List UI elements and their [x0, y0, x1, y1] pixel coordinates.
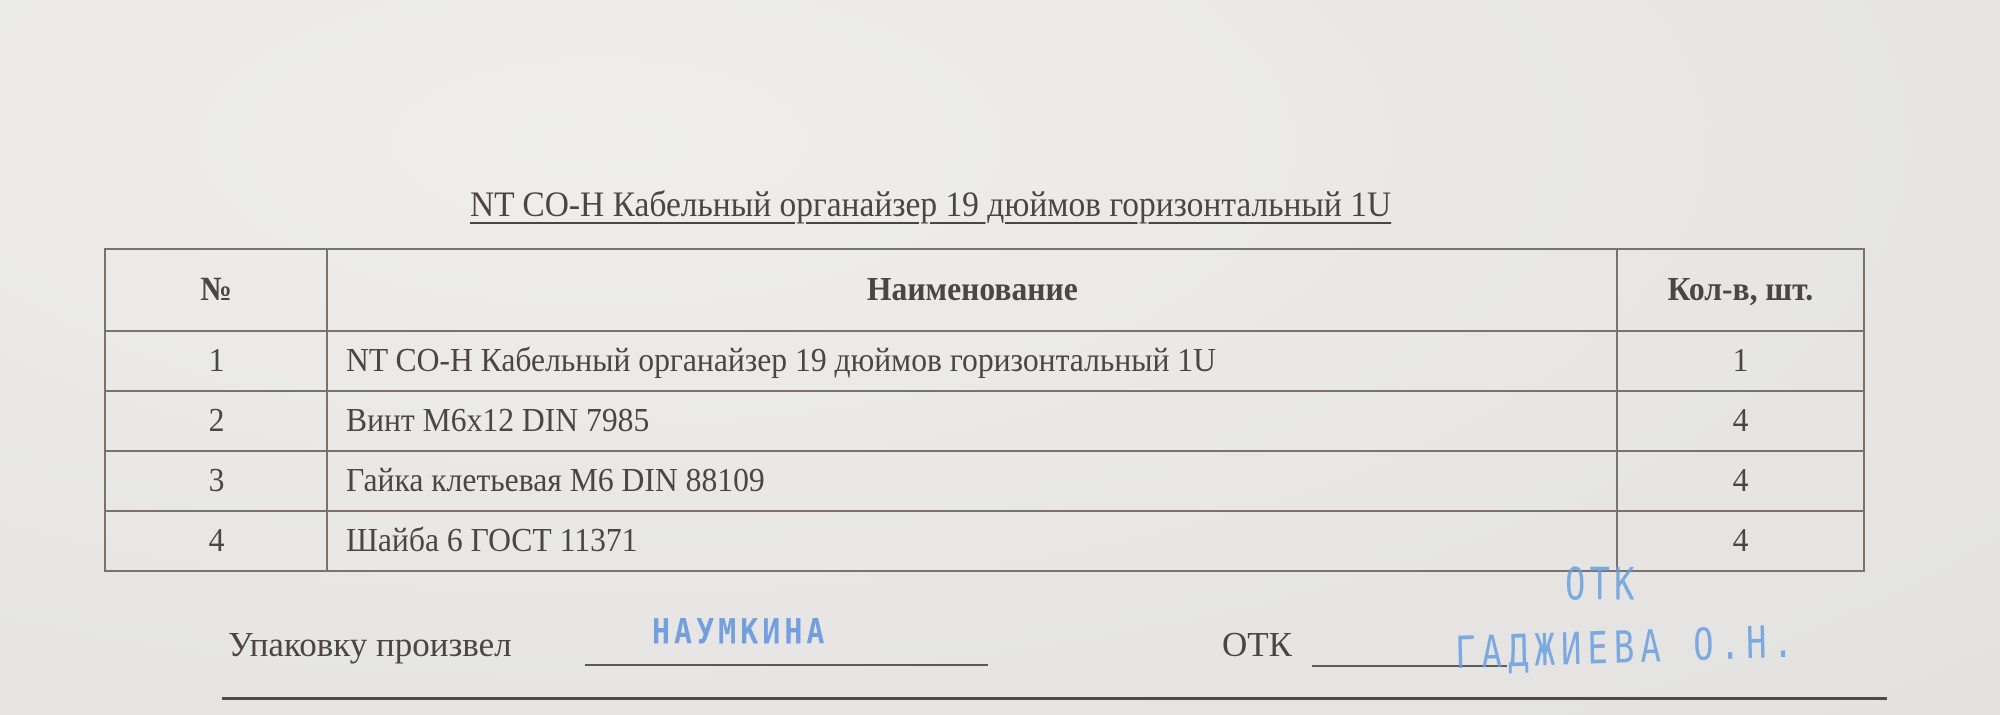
packer-stamp: НАУМКИНА — [652, 612, 829, 652]
row-name: NT CO-H Кабельный органайзер 19 дюймов г… — [327, 331, 1617, 391]
otk-stamp-title: ОТК — [1565, 559, 1638, 611]
row-quantity: 4 — [1617, 511, 1864, 571]
row-number: 1 — [105, 331, 327, 391]
bottom-divider — [222, 697, 1887, 700]
otk-stamp-name: ГАДЖИЕВА О.Н. — [1455, 616, 1800, 680]
row-number: 2 — [105, 391, 327, 451]
row-name: Шайба 6 ГОСТ 11371 — [327, 511, 1617, 571]
row-name: Гайка клетьевая M6 DIN 88109 — [327, 451, 1617, 511]
row-number: 4 — [105, 511, 327, 571]
row-quantity: 1 — [1617, 331, 1864, 391]
table-header-row: № Наименование Кол-в, шт. — [105, 249, 1864, 331]
packer-signature-line — [585, 664, 988, 666]
table-row: 2 Винт M6x12 DIN 7985 4 — [105, 391, 1864, 451]
row-quantity: 4 — [1617, 451, 1864, 511]
document-title: NT CO-H Кабельный органайзер 19 дюймов г… — [470, 183, 1391, 225]
header-name: Наименование — [327, 249, 1617, 331]
header-number: № — [105, 249, 327, 331]
row-quantity: 4 — [1617, 391, 1864, 451]
row-name: Винт M6x12 DIN 7985 — [327, 391, 1617, 451]
table-row: 3 Гайка клетьевая M6 DIN 88109 4 — [105, 451, 1864, 511]
header-quantity: Кол-в, шт. — [1617, 249, 1864, 331]
otk-label: ОТК — [1222, 625, 1292, 665]
row-number: 3 — [105, 451, 327, 511]
parts-table: № Наименование Кол-в, шт. 1 NT CO-H Кабе… — [104, 248, 1865, 572]
table-row: 1 NT CO-H Кабельный органайзер 19 дюймов… — [105, 331, 1864, 391]
packer-label: Упаковку произвел — [228, 625, 512, 665]
